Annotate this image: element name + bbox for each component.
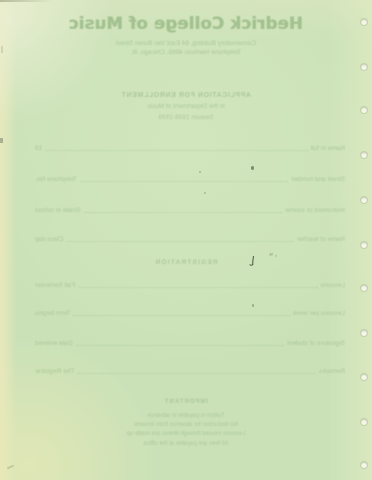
- form-row-label: Instrument or course: [285, 207, 345, 214]
- section-heading-registration: REGISTRATION: [0, 259, 372, 266]
- form-row-label: Name of teacher: [297, 236, 345, 243]
- letterhead-address-line-1: Conservatory Building, 64 East Van Buren…: [0, 40, 372, 47]
- form-row: Name in full 19: [35, 145, 345, 152]
- ink-speck: [251, 166, 254, 170]
- form-row-right-label: Grade in school: [35, 207, 81, 214]
- form-row-label: Street and number: [291, 176, 345, 183]
- form-row-label: Remarks: [319, 368, 345, 375]
- dotted-rule-line: [76, 345, 284, 346]
- footer-fine-print: Tuition is payable in advance No deducti…: [0, 412, 372, 449]
- scanned-paper-back-page: Hedrick College of Music Conservatory Bu…: [0, 0, 372, 480]
- footer-line: No deduction for absence from lessons: [0, 421, 372, 430]
- ink-speck: [252, 304, 254, 307]
- form-row-right-label: Term begins: [35, 310, 70, 317]
- form-title-line-2: in the Department of Music: [0, 103, 372, 110]
- form-row: Instrument or course Grade in school: [35, 207, 345, 214]
- ink-speck: [199, 171, 201, 173]
- dotted-rule-line: [84, 212, 283, 213]
- dotted-rule-line: [67, 241, 294, 242]
- form-row-right-label: Fall Semester: [35, 282, 75, 289]
- form-row: Lessons Fall Semester: [35, 282, 345, 289]
- footer-line: Tuition is payable in advance: [0, 412, 372, 421]
- form-row-label: Lessons: [321, 282, 345, 289]
- form-row-label: Lessons per week: [293, 310, 345, 317]
- letterhead-title: Hedrick College of Music: [0, 14, 372, 33]
- footer-line: Lessons missed through illness are made …: [0, 430, 372, 439]
- dotted-rule-line: [45, 150, 307, 151]
- dotted-rule-line: [78, 287, 318, 288]
- dotted-rule-line: [73, 315, 289, 316]
- left-edge-speck: [1, 46, 3, 53]
- form-row: Remarks The Registrar: [35, 368, 345, 375]
- form-row-right-label: 19: [35, 145, 42, 152]
- form-row: Signature of student Date entered: [35, 340, 345, 347]
- form-row: Lessons per week Term begins: [35, 310, 345, 317]
- form-row-right-label: Telephone No.: [35, 176, 77, 183]
- ink-scribble-mark: ”·: [268, 251, 279, 261]
- letterhead-address-line-2: Telephone Harrison 4868, Chicago, Ill.: [0, 49, 372, 56]
- dotted-rule-line: [80, 181, 288, 182]
- left-edge-smudge: [0, 138, 3, 143]
- ink-speck: [204, 192, 206, 194]
- form-row-right-label: The Registrar: [35, 368, 74, 375]
- form-row-label: Signature of student: [287, 340, 345, 347]
- bleed-through-layer: Hedrick College of Music Conservatory Bu…: [0, 0, 372, 480]
- ink-check-mark: [249, 256, 257, 266]
- footer-line: All fees are payable at the office: [0, 440, 372, 449]
- form-row: Name of teacher Class day: [35, 236, 345, 243]
- form-title-line-3: Season 1938-1939: [0, 114, 372, 121]
- form-row: Street and number Telephone No.: [35, 176, 345, 183]
- footer-heading: IMPORTANT: [0, 399, 372, 405]
- form-row-label: Name in full: [311, 145, 345, 152]
- form-row-right-label: Class day: [35, 236, 64, 243]
- form-title-line-1: APPLICATION FOR ENROLLMENT: [0, 92, 372, 99]
- form-row-right-label: Date entered: [35, 340, 73, 347]
- dotted-rule-line: [77, 373, 316, 374]
